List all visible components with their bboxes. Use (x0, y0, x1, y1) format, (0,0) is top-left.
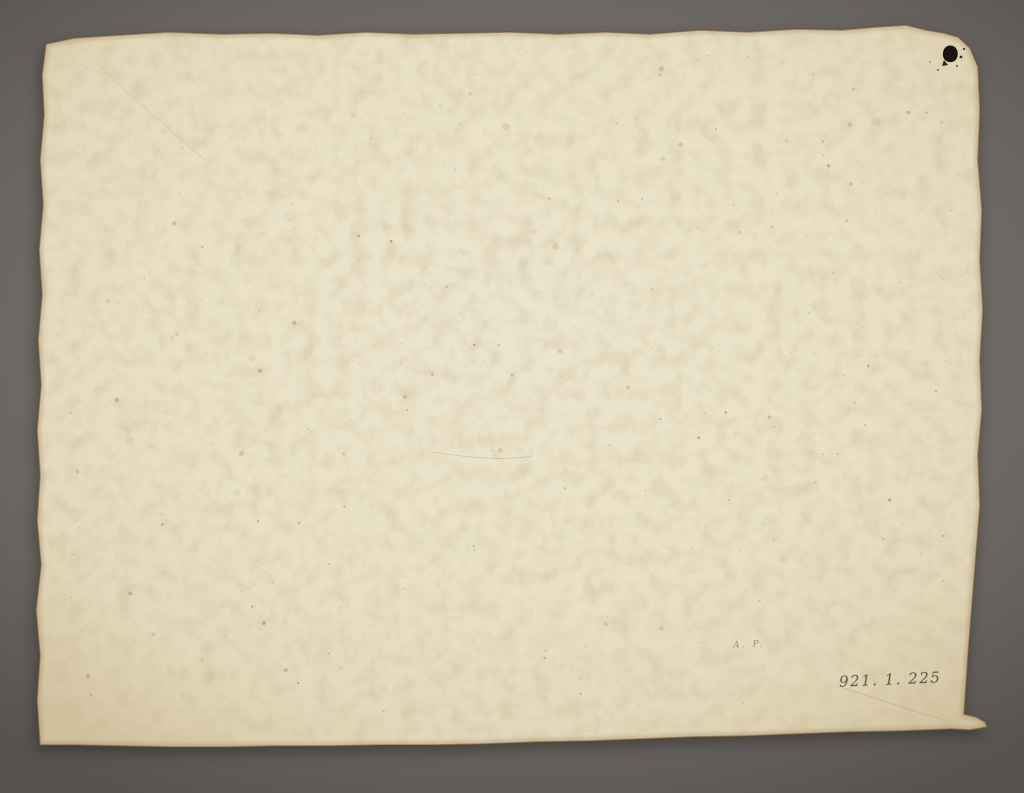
paper-sheet (0, 0, 1024, 793)
paper-sheet-body (36, 25, 987, 747)
photo-backdrop: 921. 1. 225 A. P. (0, 0, 1024, 793)
